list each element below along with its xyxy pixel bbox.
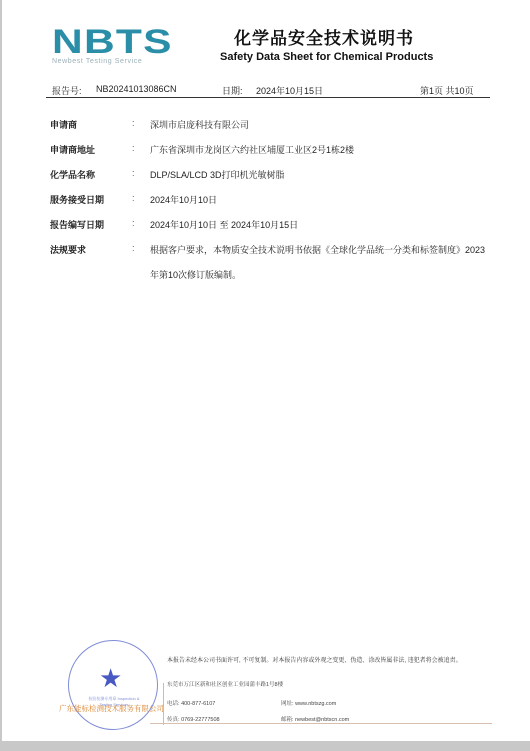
field-colon: : [132, 193, 135, 203]
field-value: DLP/SLA/LCD 3D打印机光敏树脂 [150, 168, 285, 181]
logo-mark: NBTS [52, 28, 177, 56]
field-label: 申请商地址 [50, 143, 130, 156]
field-colon: : [132, 168, 135, 178]
company-seal: ★ 检验检测专用章 Inspection & Testing Services [68, 640, 158, 730]
fax: 传真: 0769-22777508 [167, 715, 220, 723]
field-label: 申请商 [50, 118, 130, 131]
phone: 电话: 400-877-6107 [167, 699, 215, 707]
footer-divider-horizontal [150, 723, 492, 724]
field-value: 广东省深圳市龙岗区六约社区埔厦工业区2号1栋2楼 [150, 143, 354, 156]
star-icon: ★ [99, 663, 122, 694]
web-label: 网址: [281, 701, 294, 707]
web-value: www.nbtszg.com [295, 701, 336, 707]
field-value: 2024年10月10日 [150, 193, 217, 206]
report-info-bar: 报告号: NB20241013086CN 日期: 2024年10月15日 第1页… [48, 84, 504, 96]
website: 网址: www.nbtszg.com [281, 699, 336, 707]
page-indicator: 第1页 共10页 [420, 84, 474, 97]
report-date: 2024年10月15日 [256, 84, 323, 97]
seal-company-name: 广东能标检测技术服务有限公司 [59, 703, 164, 714]
footer-divider-vertical [163, 683, 164, 725]
document-title-en: Safety Data Sheet for Chemical Products [220, 51, 433, 63]
field-colon: : [132, 243, 135, 253]
header-divider [46, 97, 490, 98]
field-value-line2: 年第10次修订版编制。 [150, 268, 241, 281]
phone-value: 400-877-6107 [181, 701, 215, 707]
date-label: 日期: [222, 84, 243, 97]
document-page: NBTS Newbest Testing Service 化学品安全技术说明书 … [2, 0, 530, 741]
copyright-notice: 本报告未经本公司书面许可, 不可复制。对本报告内容或外观之变更、伪造、涂改皆属非… [167, 655, 462, 664]
field-label: 化学品名称 [50, 168, 130, 181]
field-colon: : [132, 218, 135, 228]
field-label: 服务接受日期 [50, 193, 130, 206]
report-no-label: 报告号: [52, 84, 82, 97]
field-label: 报告编写日期 [50, 218, 130, 231]
field-colon: : [132, 118, 135, 128]
email: 邮箱: newbest@nbtscn.com [281, 715, 349, 723]
report-no: NB20241013086CN [96, 84, 177, 94]
field-value: 深圳市启庞科技有限公司 [150, 118, 249, 131]
field-colon: : [132, 143, 135, 153]
field-value: 根据客户要求，本物质安全技术说明书依据《全球化学品统一分类和标签制度》2023 [150, 243, 485, 256]
phone-label: 电话: [167, 701, 180, 707]
field-label: 法规要求 [50, 243, 130, 256]
company-address: 东莞市万江区新和社区创业工业园蒲丰路1号8楼 [167, 680, 283, 688]
nbts-logo: NBTS Newbest Testing Service [52, 28, 152, 65]
document-title-cn: 化学品安全技术说明书 [234, 24, 414, 49]
field-value: 2024年10月10日 至 2024年10月15日 [150, 218, 298, 231]
